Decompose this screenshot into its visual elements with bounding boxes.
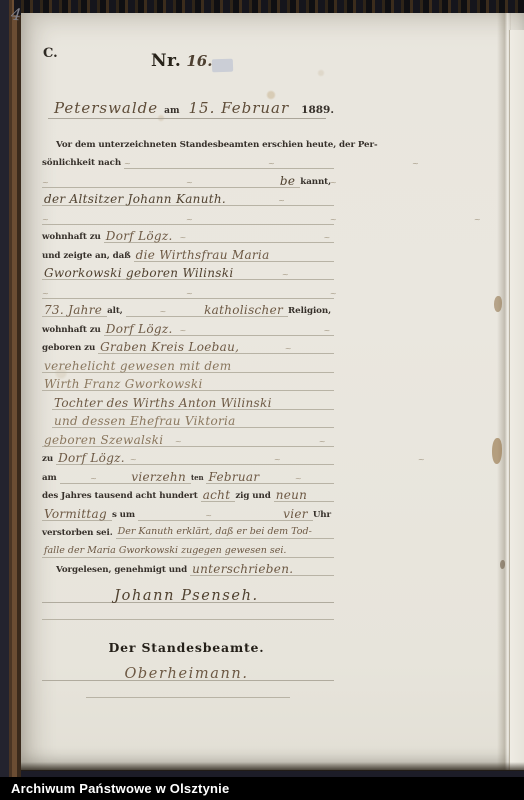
blank-rule: ~ ~ bbox=[178, 233, 334, 243]
printed-text: Vor dem unterzeichneten Standesbeamten e… bbox=[56, 140, 380, 151]
blank-rule: ~ ~ ~ bbox=[130, 455, 334, 465]
form-line: falle der Maria Gworkowski zugegen gewes… bbox=[42, 539, 334, 558]
handwritten-text: Graben Kreis Loebau, bbox=[98, 341, 244, 354]
form-line: verehelicht gewesen mit dem bbox=[42, 354, 334, 373]
blank-rule: ~ bbox=[126, 307, 202, 317]
dateline-place: Peterswalde bbox=[48, 99, 164, 118]
printed-text: Uhr bbox=[313, 510, 334, 521]
page-tear-mark bbox=[494, 296, 502, 312]
dateline-year: 1889. bbox=[295, 104, 334, 118]
handwritten-text: Dorf Lögz. bbox=[104, 230, 178, 243]
form-line: 73. Jahrealt,~katholischerReligion, bbox=[42, 299, 334, 318]
blank-rule: ~ bbox=[231, 196, 334, 206]
handwritten-text: verehelicht gewesen mit dem bbox=[42, 360, 334, 373]
form-line: verstorben sei.Der Kanuth erklärt, daß e… bbox=[42, 521, 334, 540]
form-line: Johann Psenseh. bbox=[42, 576, 334, 603]
form-line: Oberheimann. bbox=[42, 654, 334, 681]
printed-text: wohnhaft zu bbox=[42, 232, 104, 243]
form-line: ~ ~ ~ bbox=[42, 280, 334, 299]
handwritten-text: neun bbox=[274, 489, 313, 502]
printed-text: ten bbox=[191, 473, 206, 484]
form-line: Vor dem unterzeichneten Standesbeamten e… bbox=[42, 132, 334, 151]
printed-text: kannt, bbox=[300, 177, 334, 188]
handwritten-text: Dorf Lögz. bbox=[104, 323, 178, 336]
blank-rule: ~ ~ ~ ~ bbox=[42, 215, 334, 225]
form-line: des Jahres tausend acht hundertachtzig u… bbox=[42, 484, 334, 503]
pencil-mark: 4 bbox=[10, 5, 22, 25]
handwritten-text: Der Kanuth erklärt, daß er bei dem Tod- bbox=[116, 526, 334, 539]
handwritten-text: Vormittag bbox=[42, 508, 112, 521]
form-line: am~vierzehntenFebruar~ bbox=[42, 465, 334, 484]
form-line: der Altsitzer Johann Kanuth.~ bbox=[42, 188, 334, 207]
handwritten-text: und dessen Ehefrau Viktoria bbox=[52, 415, 241, 428]
page-bottom-shadow bbox=[21, 762, 524, 771]
page-tear-mark bbox=[492, 438, 502, 464]
book-edge-left bbox=[0, 0, 21, 800]
handwritten-text: Dorf Lögz. bbox=[56, 452, 130, 465]
handwritten-text: katholischer bbox=[202, 304, 288, 317]
record-number-label: Nr. bbox=[151, 51, 181, 71]
printed-text: geboren zu bbox=[42, 343, 98, 354]
form-line bbox=[86, 681, 290, 698]
form-line: Der Standesbeamte. bbox=[42, 628, 334, 654]
printed-text: sönlichkeit nach bbox=[42, 158, 124, 169]
blank-rule: ~ bbox=[264, 474, 334, 484]
form-line: Gworkowski geboren Wilinski~ bbox=[42, 262, 334, 281]
printed-text: verstorben sei. bbox=[42, 528, 116, 539]
printed-text: zig und bbox=[235, 491, 273, 502]
blank-rule: ~ ~ bbox=[178, 326, 334, 336]
handwritten-text: Oberheimann. bbox=[122, 668, 253, 680]
form-line: geboren Szewalski~ ~ bbox=[42, 428, 334, 447]
printed-text: des Jahres tausend acht hundert bbox=[42, 491, 201, 502]
form-line: wohnhaft zuDorf Lögz.~ ~ bbox=[42, 225, 334, 244]
handwritten-text: Februar bbox=[206, 471, 264, 484]
handwritten-text: unterschrieben. bbox=[190, 563, 298, 576]
form-line: sönlichkeit nach~ ~ ~ ~ bbox=[42, 151, 334, 170]
handwritten-text: vier bbox=[281, 508, 313, 521]
dateline-am-label: am bbox=[164, 106, 182, 118]
form-lines: Vor dem unterzeichneten Standesbeamten e… bbox=[42, 132, 334, 698]
printed-text: zu bbox=[42, 454, 56, 465]
form-line: zuDorf Lögz.~ ~ ~ bbox=[42, 447, 334, 466]
form-line: und dessen Ehefrau Viktoria bbox=[42, 410, 334, 429]
page-tear-mark bbox=[500, 560, 505, 569]
handwritten-text: der Altsitzer Johann Kanuth. bbox=[42, 193, 231, 206]
handwritten-text: be bbox=[278, 175, 300, 188]
blank-rule: ~ ~ ~ ~ bbox=[124, 159, 334, 169]
form-line: wohnhaft zuDorf Lögz.~ ~ bbox=[42, 317, 334, 336]
printed-text: Vorgelesen, genehmigt und bbox=[56, 565, 190, 576]
blank-rule: ~ ~ bbox=[168, 437, 334, 447]
form-line: geboren zuGraben Kreis Loebau,~ bbox=[42, 336, 334, 355]
blank-rule: ~ bbox=[60, 474, 130, 484]
record-number: Nr.16. bbox=[151, 51, 212, 71]
form-line bbox=[42, 603, 334, 620]
form-line: und zeigte an, daßdie Wirthsfrau Maria bbox=[42, 243, 334, 262]
printed-text: s um bbox=[112, 510, 138, 521]
form-line: Vorgelesen, genehmigt undunterschrieben. bbox=[42, 558, 334, 577]
blank-rule: ~ bbox=[238, 270, 334, 280]
handwritten-text: Gworkowski geboren Wilinski bbox=[42, 267, 238, 280]
record-number-value: 16. bbox=[181, 52, 212, 70]
blank-rule: ~ ~ ~ bbox=[42, 289, 334, 299]
handwritten-text: Wirth Franz Gworkowski bbox=[42, 378, 208, 391]
form-line: Tochter des Wirths Anton Wilinski bbox=[42, 391, 334, 410]
form-line: ~ ~ ~bekannt, bbox=[42, 169, 334, 188]
handwritten-text: Johann Psenseh. bbox=[112, 590, 264, 602]
archive-watermark-bar: Archiwum Państwowe w Olsztynie bbox=[0, 777, 524, 800]
handwritten-text: Tochter des Wirths Anton Wilinski bbox=[52, 397, 277, 410]
handwritten-text: die Wirthsfrau Maria bbox=[134, 249, 334, 262]
dateline-date: 15. Februar bbox=[183, 99, 296, 118]
printed-text: Der Standesbeamte. bbox=[109, 643, 268, 654]
printed-text: am bbox=[42, 473, 60, 484]
handwritten-text: geboren Szewalski bbox=[42, 434, 168, 447]
blank-rule: ~ bbox=[244, 344, 334, 354]
blue-stamp-smudge bbox=[212, 59, 233, 73]
archive-watermark-text: Archiwum Państwowe w Olsztynie bbox=[0, 777, 524, 800]
blank-rule: ~ ~ ~ bbox=[42, 178, 278, 188]
printed-text: Religion, bbox=[288, 306, 334, 317]
form-line: Vormittags um~vierUhr bbox=[42, 502, 334, 521]
blank-rule: ~ bbox=[138, 511, 281, 521]
form-line: ~ ~ ~ ~ bbox=[42, 206, 334, 225]
printed-text: und zeigte an, daß bbox=[42, 251, 134, 262]
handwritten-text: 73. Jahre bbox=[42, 304, 107, 317]
next-page-edge bbox=[509, 30, 524, 770]
printed-text: alt, bbox=[107, 306, 126, 317]
handwritten-text: falle der Maria Gworkowski zugegen gewes… bbox=[42, 545, 334, 558]
scan-stage: { "archive_bar": { "label": "Archiwum Pa… bbox=[0, 0, 524, 800]
printed-text: wohnhaft zu bbox=[42, 325, 104, 336]
handwritten-text: acht bbox=[201, 489, 236, 502]
form-line: Wirth Franz Gworkowski bbox=[42, 373, 334, 392]
dateline: Peterswalde am 15. Februar 1889. bbox=[48, 92, 326, 119]
section-letter: C. bbox=[43, 46, 58, 61]
handwritten-text: vierzehn bbox=[129, 471, 191, 484]
